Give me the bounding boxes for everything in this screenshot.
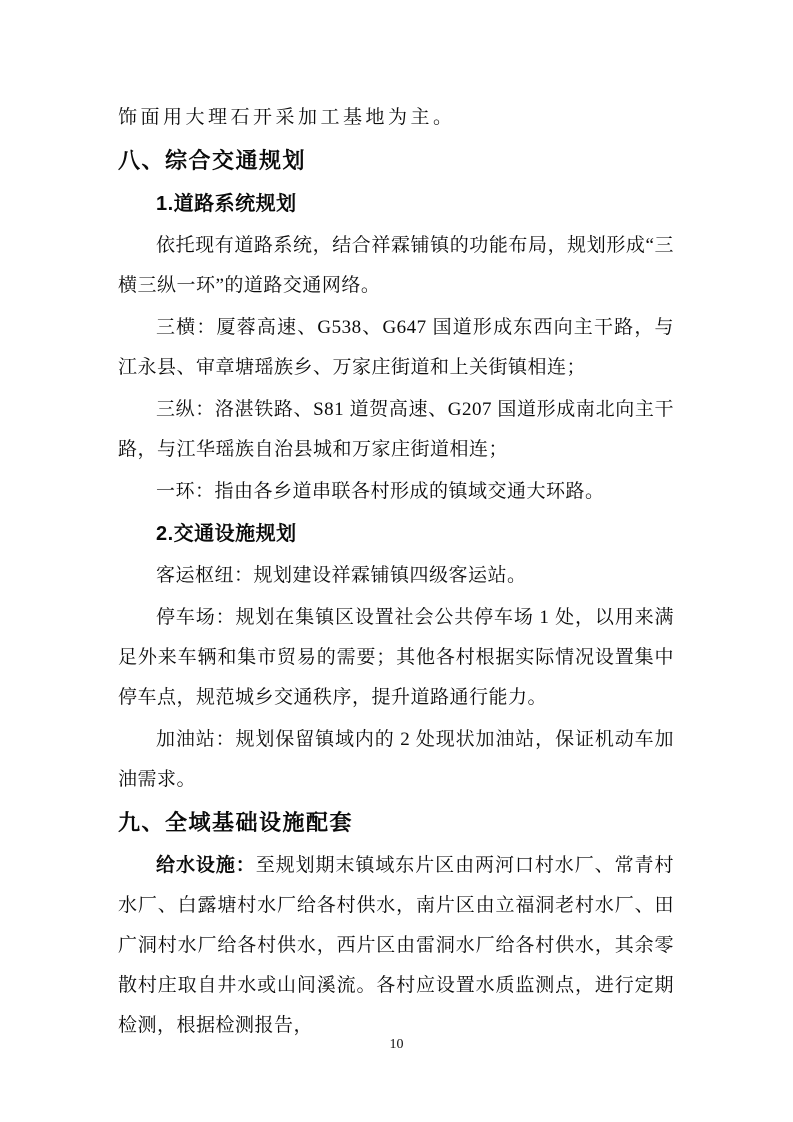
subheading-traffic-facilities-planning: 2.交通设施规划 [156,514,674,554]
paragraph-parking-lot: 停车场：规划在集镇区设置社会公共停车场 1 处，以用来满足外来车辆和集市贸易的需… [118,598,674,718]
paragraph-three-vertical: 三纵：洛湛铁路、S81 道贺高速、G207 国道形成南北向主干路，与江华瑶族自治… [118,390,674,470]
paragraph-water-supply-bold-lead: 给水设施： [156,855,256,876]
document-page: 饰面用大理石开采加工基地为主。 八、综合交通规划 1.道路系统规划 依托现有道路… [0,0,793,1122]
paragraph-water-supply: 给水设施：至规划期末镇域东片区由两河口村水厂、常青村水厂、白露塘村水厂给各村供水… [118,846,674,1046]
paragraph-road-network-overview: 依托现有道路系统，结合祥霖铺镇的功能布局，规划形成“三横三纵一环”的道路交通网络… [118,226,674,306]
paragraph-passenger-hub: 客运枢纽：规划建设祥霖铺镇四级客运站。 [118,556,674,596]
page-content: 饰面用大理石开采加工基地为主。 八、综合交通规划 1.道路系统规划 依托现有道路… [118,96,674,1048]
paragraph-one-ring: 一环：指由各乡道串联各村形成的镇域交通大环路。 [118,472,674,512]
page-number: 10 [0,1036,793,1054]
heading-section-nine-infrastructure: 九、全域基础设施配套 [118,802,674,844]
paragraph-water-supply-text: 至规划期末镇域东片区由两河口村水厂、常青村水厂、白露塘村水厂给各村供水，南片区由… [118,855,674,1036]
heading-section-eight-transport-planning: 八、综合交通规划 [118,140,674,182]
paragraph-three-horizontal: 三横：厦蓉高速、G538、G647 国道形成东西向主干路，与江永县、审章塘瑶族乡… [118,308,674,388]
paragraph-continuation-marble-base: 饰面用大理石开采加工基地为主。 [118,98,674,138]
paragraph-gas-station: 加油站：规划保留镇域内的 2 处现状加油站，保证机动车加油需求。 [118,720,674,800]
subheading-road-system-planning: 1.道路系统规划 [156,184,674,224]
